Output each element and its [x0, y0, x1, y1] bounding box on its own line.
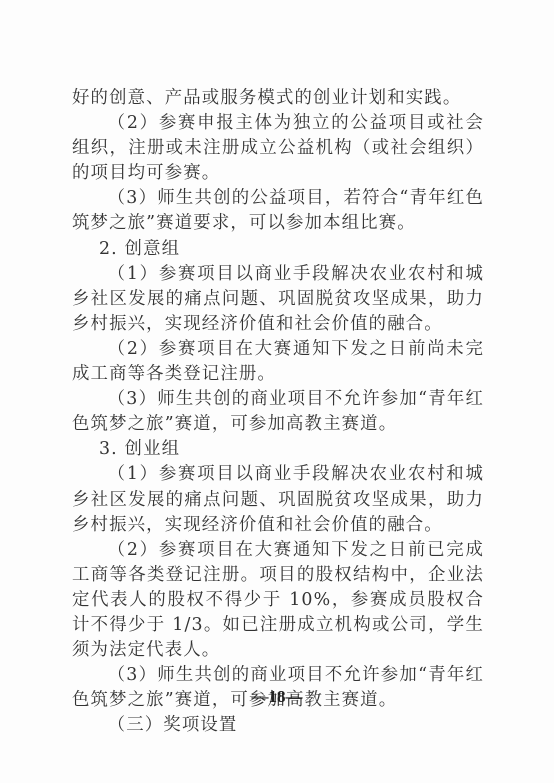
heading-creative-group: 2. 创意组: [72, 237, 484, 262]
paragraph-public-welfare-item-3: （3）师生共创的公益项目，若符合“青年红色筑梦之旅”赛道要求，可以参加本组比赛。: [72, 186, 484, 236]
paragraph-startup-item-1: （1）参赛项目以商业手段解决农业农村和城乡社区发展的痛点问题、巩固脱贫攻坚成果，…: [72, 462, 484, 537]
document-page: 好的创意、产品或服务模式的创业计划和实践。 （2）参赛申报主体为独立的公益项目或…: [0, 0, 554, 783]
paragraph-creative-item-2: （2）参赛项目在大赛通知下发之日前尚未完成工商等各类登记注册。: [72, 337, 484, 387]
paragraph-startup-item-2: （2）参赛项目在大赛通知下发之日前已完成工商等各类登记注册。项目的股权结构中，企…: [72, 538, 484, 663]
heading-award-settings: （三）奖项设置: [72, 713, 484, 738]
heading-startup-group: 3. 创业组: [72, 437, 484, 462]
document-body: 好的创意、产品或服务模式的创业计划和实践。 （2）参赛申报主体为独立的公益项目或…: [72, 86, 484, 738]
page-number: —18—: [0, 687, 554, 707]
paragraph-creative-item-1: （1）参赛项目以商业手段解决农业农村和城乡社区发展的痛点问题、巩固脱贫攻坚成果，…: [72, 262, 484, 337]
paragraph-creative-item-3: （3）师生共创的商业项目不允许参加“青年红色筑梦之旅”赛道，可参加高教主赛道。: [72, 387, 484, 437]
paragraph-continuation: 好的创意、产品或服务模式的创业计划和实践。: [72, 86, 484, 111]
paragraph-public-welfare-item-2: （2）参赛申报主体为独立的公益项目或社会组织，注册或未注册成立公益机构（或社会组…: [72, 111, 484, 186]
